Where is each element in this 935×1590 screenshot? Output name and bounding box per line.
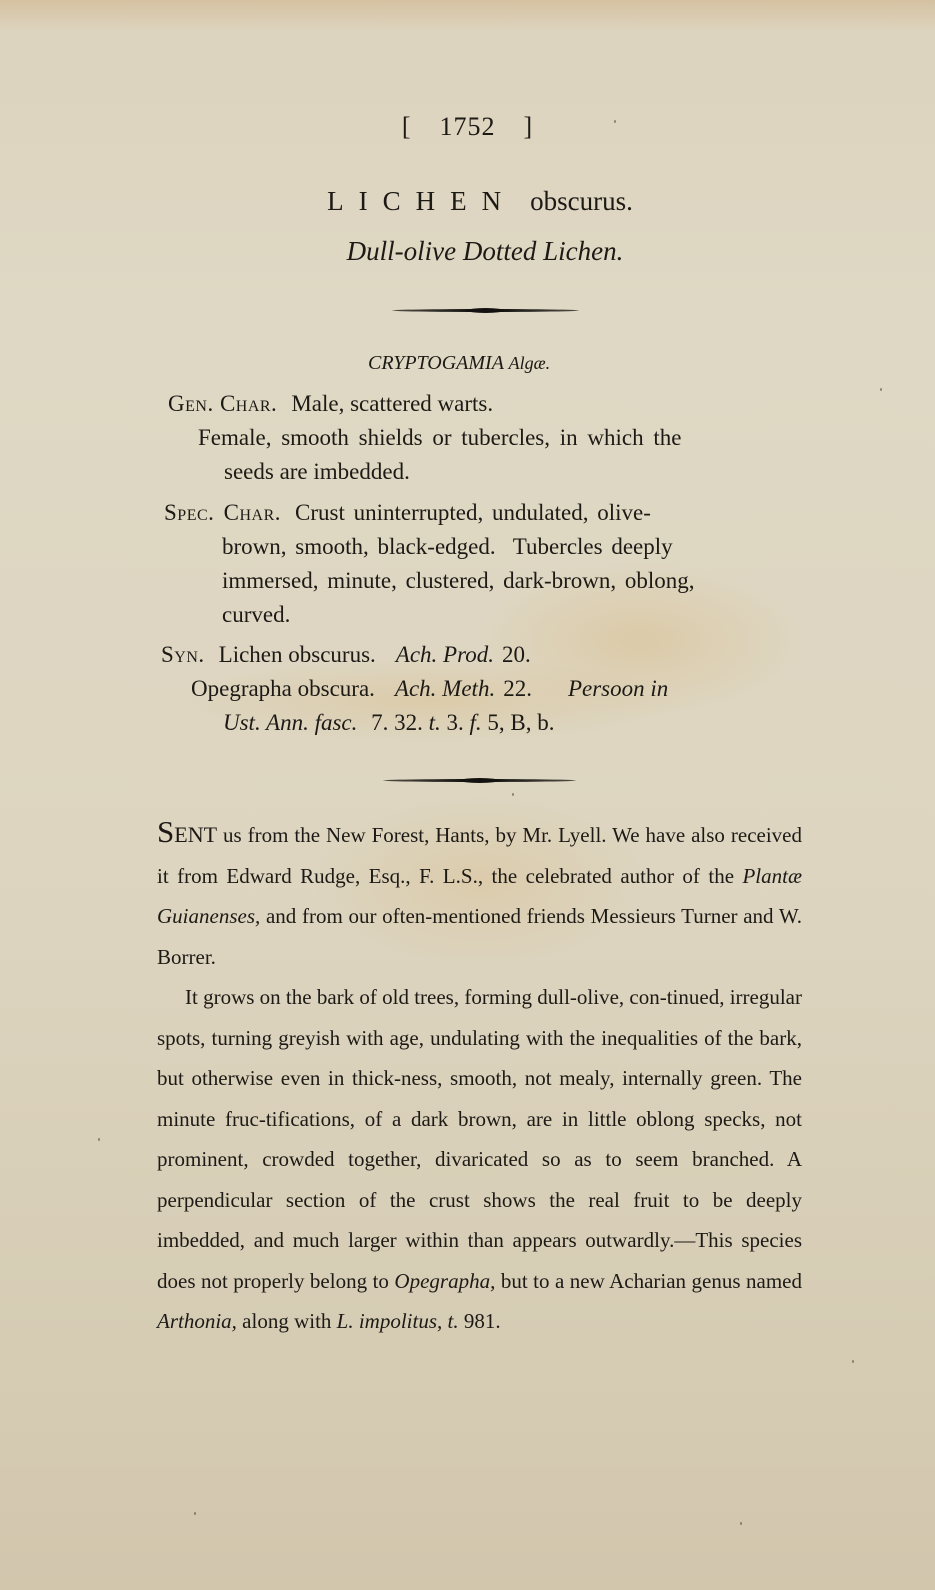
spec-char-text: Crust uninterrupted, undulated, olive-	[295, 500, 651, 525]
spec-char-label: Spec. Char.	[164, 500, 281, 525]
paragraph-2: It grows on the bark of old trees, formi…	[157, 977, 802, 1342]
syn-line-1: Syn.Lichen obscurus.Ach. Prod.20.	[161, 638, 811, 672]
gen-char-label: Gen. Char.	[168, 391, 277, 416]
syn-label: Syn.	[161, 642, 205, 667]
classification-heading: CRYPTOGAMIA Algæ.	[368, 352, 550, 375]
classification-order: Algæ.	[509, 353, 551, 373]
paragraph-1: SENT us from the New Forest, Hants, by M…	[157, 812, 802, 977]
syn-entry-2-name: Opegrapha obscura.	[191, 676, 375, 701]
common-name: Dull-olive Dotted Lichen.	[0, 236, 935, 267]
genus-arthonia-italic: Arthonia,	[157, 1309, 237, 1333]
page-number: [1752]	[0, 112, 935, 142]
paper-speck	[98, 1138, 100, 1141]
spec-char-line-3: immersed, minute, clustered, dark-brown,…	[164, 564, 814, 598]
paper-speck	[740, 1522, 742, 1525]
spec-char-line-4: curved.	[164, 598, 814, 632]
classification-class: CRYPTOGAMIA	[368, 352, 504, 374]
paragraph-2-text-c: along with	[237, 1309, 337, 1333]
gen-char-line-3: seeds are imbedded.	[168, 455, 818, 489]
drop-cap: S	[157, 814, 174, 849]
syn-entry-3-reference: Ust. Ann. fasc.	[223, 710, 357, 735]
syn-entry-2-page: 22.	[503, 676, 532, 701]
paper-top-stain	[0, 0, 935, 30]
syn-entry-3-volume: 7. 32.	[371, 710, 423, 735]
paragraph-2-text-d: 981.	[459, 1309, 501, 1333]
syn-entry-1-reference: Ach. Prod.	[396, 642, 494, 667]
species-title: LICHENobscurus.	[0, 186, 935, 218]
paper-speck	[512, 793, 514, 796]
paragraph-1-text-a: us from the New Forest, Hants, by Mr. Ly…	[157, 823, 802, 888]
syn-entry-3-figure-abbr: f.	[470, 710, 482, 735]
paper-speck	[880, 388, 882, 391]
genus-name: LICHEN	[327, 186, 516, 216]
syn-entry-1-page: 20.	[502, 642, 531, 667]
syn-entry-2-reference: Ach. Meth.	[395, 676, 495, 701]
paper-speck	[852, 1360, 854, 1363]
paragraph-2-text-b: but to a new Acharian genus named	[495, 1269, 802, 1293]
syn-entry-1-name: Lichen obscurus.	[219, 642, 376, 667]
description-body: SENT us from the New Forest, Hants, by M…	[157, 812, 802, 1342]
species-epithet: obscurus.	[530, 186, 633, 216]
paper-speck	[614, 120, 616, 123]
bracket-open: [	[402, 112, 412, 142]
syn-entry-3-plate-abbr: t.	[429, 710, 441, 735]
gen-char-line-2: Female, smooth shields or tubercles, in …	[168, 421, 818, 455]
synonyms-section: Syn.Lichen obscurus.Ach. Prod.20. Opegra…	[161, 638, 811, 740]
opening-smallcaps: ENT	[174, 822, 217, 847]
paragraph-2-text-a: It grows on the bark of old trees, formi…	[157, 985, 802, 1293]
spec-char-line-1: Spec. Char.Crust uninterrupted, undulate…	[164, 496, 814, 530]
syn-line-2: Opegrapha obscura.Ach. Meth.22.Persoon i…	[161, 672, 811, 706]
ornamental-rule-divider	[383, 779, 576, 782]
specific-character-section: Spec. Char.Crust uninterrupted, undulate…	[164, 496, 814, 632]
syn-entry-2-author: Persoon in	[568, 676, 668, 701]
spec-char-line-2: brown, smooth, black-edged. Tubercles de…	[164, 530, 814, 564]
gen-char-line-1: Gen. Char.Male, scattered warts.	[168, 387, 818, 421]
cross-reference-italic: L. impolitus, t.	[337, 1309, 459, 1333]
syn-entry-3-plate: 3.	[447, 710, 464, 735]
bracket-close: ]	[524, 112, 534, 142]
page-number-value: 1752	[440, 112, 496, 141]
generic-character-section: Gen. Char.Male, scattered warts. Female,…	[168, 387, 818, 489]
gen-char-text: Male, scattered warts.	[291, 391, 493, 416]
genus-opegrapha-italic: Opegrapha,	[394, 1269, 495, 1293]
syn-entry-3-figure: 5, B, b.	[487, 710, 554, 735]
paper-speck	[194, 1512, 196, 1515]
syn-line-3: Ust. Ann. fasc. 7. 32. t. 3. f. 5, B, b.	[161, 706, 811, 740]
ornamental-rule-divider	[392, 309, 579, 312]
